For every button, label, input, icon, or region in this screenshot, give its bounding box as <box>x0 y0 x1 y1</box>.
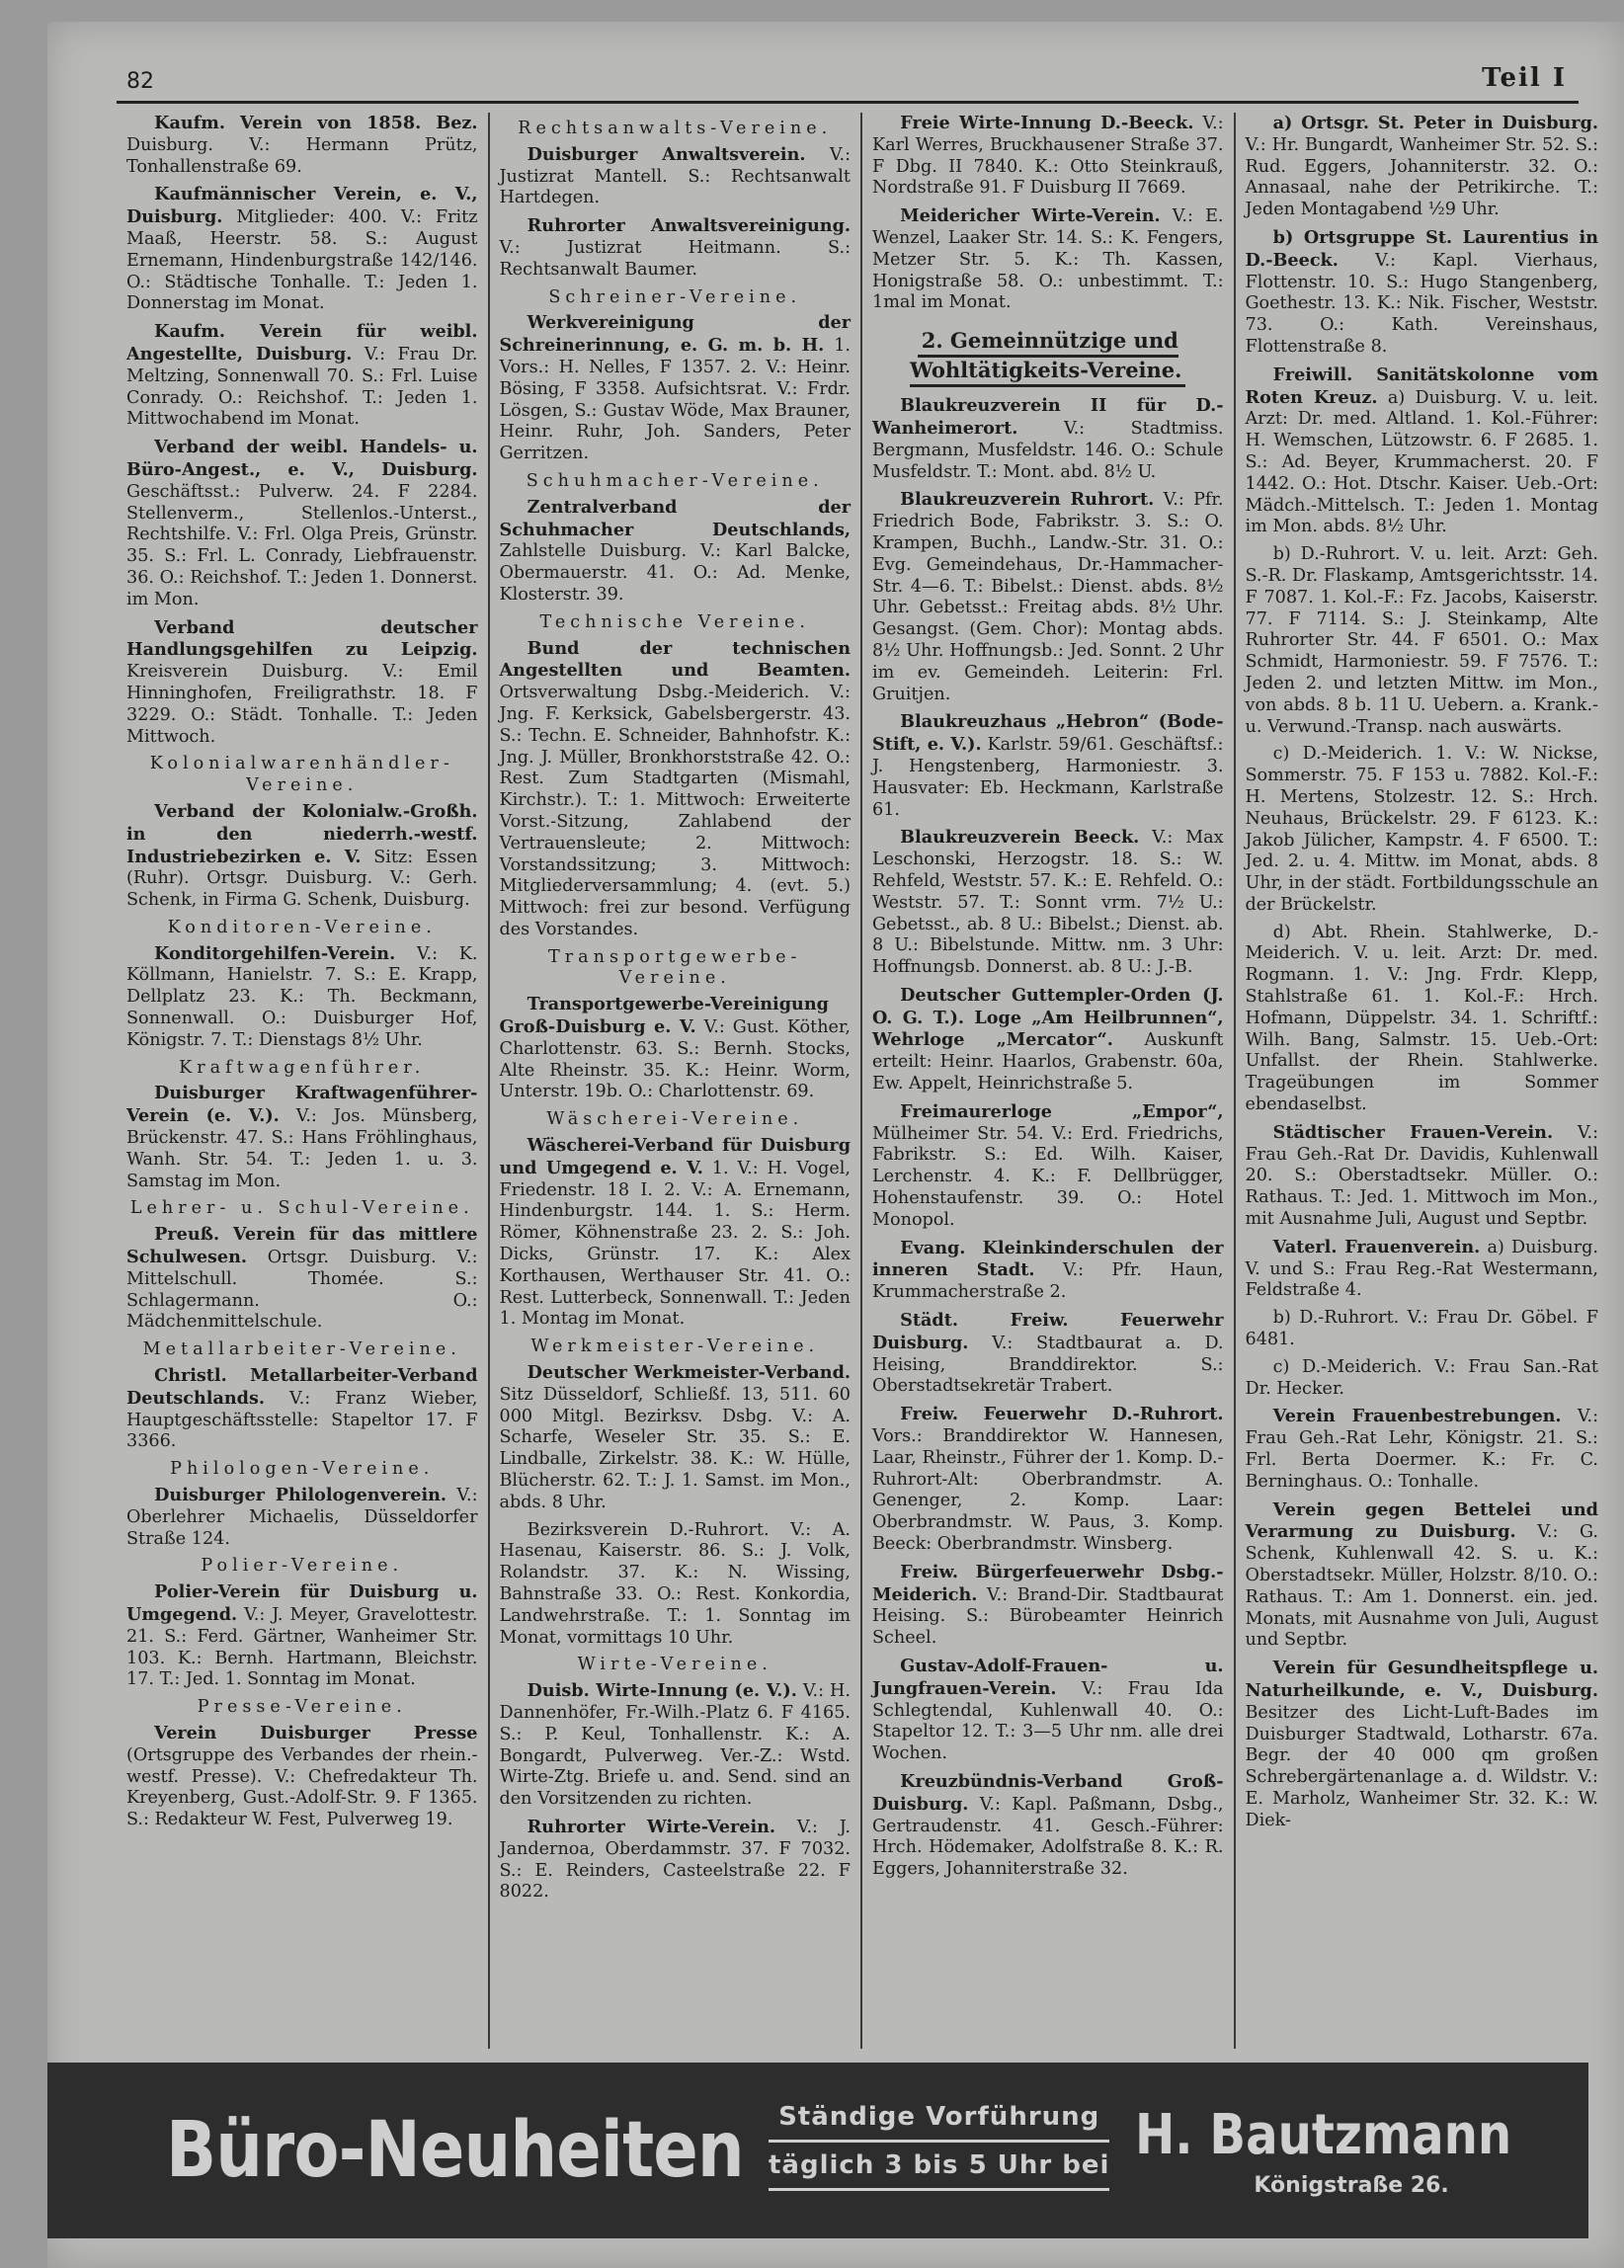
directory-entry: Kaufm. Verein von 1858. Bez. Duisburg. V… <box>126 113 478 178</box>
entry-text: Sitz Düsseldorf, Schließf. 13, 511. 60 0… <box>500 1385 852 1512</box>
directory-entry: b) D.-Ruhrort. V.: Frau Dr. Göbel. F 648… <box>1246 1308 1599 1351</box>
category-heading: Werkmeister-Vereine. <box>500 1336 852 1358</box>
directory-entry: Städtischer Frauen-Verein. V.: Frau Geh.… <box>1246 1122 1599 1231</box>
directory-entry: Gustav-Adolf-Frauen- u. Jungfrauen-Verei… <box>872 1656 1224 1765</box>
directory-entry: a) Ortsgr. St. Peter in Duisburg. V.: Hr… <box>1246 113 1599 221</box>
directory-entry: Bund der technischen Angestellten und Be… <box>500 638 852 941</box>
directory-entry: Duisb. Wirte-Innung (e. V.). V.: H. Dann… <box>500 1680 852 1811</box>
entry-text: Geschäftsst.: Pulverw. 24. F 2284. Stell… <box>126 482 478 609</box>
category-heading: Metallarbeiter-Vereine. <box>126 1339 478 1361</box>
entry-text: V.: Pfr. Friedrich Bode, Fabrikstr. 3. S… <box>872 490 1224 703</box>
entry-text: Kreisverein Duisburg. V.: Emil Hinningho… <box>126 662 478 746</box>
entry-title: Konditorgehilfen-Verein. <box>154 943 395 964</box>
entry-text: Zahlstelle Duisburg. V.: Karl Balcke, Ob… <box>500 541 852 605</box>
directory-entry: Bezirksverein D.-Ruhrort. V.: A. Hasenau… <box>500 1520 852 1650</box>
entry-title: Deutscher Werkmeister-Verband. <box>528 1362 851 1383</box>
entry-text: b) D.-Ruhrort. V. u. leit. Arzt: Geh. S.… <box>1246 544 1599 736</box>
category-heading: Lehrer- u. Schul-Vereine. <box>126 1198 478 1220</box>
entry-text: Bezirksverein D.-Ruhrort. V.: A. Hasenau… <box>500 1520 852 1648</box>
directory-entry: Freie Wirte-Innung D.-Beeck. V.: Karl We… <box>872 113 1224 200</box>
category-heading: Wirte-Vereine. <box>500 1655 852 1676</box>
directory-entry: Freimaurerloge „Empor“, Mülheimer Str. 5… <box>872 1101 1224 1232</box>
section-label: Teil I <box>1482 63 1567 93</box>
directory-entry: Vaterl. Frauenverein. a) Duisburg. V. un… <box>1246 1237 1599 1302</box>
entry-title: Freie Wirte-Innung D.-Beeck. <box>900 113 1193 133</box>
entry-text: b) D.-Ruhrort. V.: Frau Dr. Göbel. F 648… <box>1246 1308 1599 1349</box>
category-heading: Transportgewerbe-Vereine. <box>500 947 852 991</box>
entry-title: Bund der technischen Angestellten und Be… <box>500 638 852 682</box>
page-number: 82 <box>126 69 154 94</box>
entry-title: Duisburger Anwaltsverein. <box>528 144 806 165</box>
directory-entry: Freiw. Bürgerfeuerwehr Dsbg.-Meiderich. … <box>872 1562 1224 1650</box>
directory-entry: Städt. Freiw. Feuerwehr Duisburg. V.: St… <box>872 1310 1224 1398</box>
directory-entry: Polier-Verein für Duisburg u. Umgegend. … <box>126 1581 478 1691</box>
directory-entry: Ruhrorter Wirte-Verein. V.: J. Jandernoa… <box>500 1817 852 1903</box>
entry-title: Freimaurerloge „Empor“, <box>900 1101 1223 1122</box>
entry-title: Meidericher Wirte-Verein. <box>900 205 1160 226</box>
directory-entry: Deutscher Werkmeister-Verband. Sitz Düss… <box>500 1362 852 1514</box>
directory-entry: c) D.-Meiderich. 1. V.: W. Nickse, Somme… <box>1246 744 1599 916</box>
category-heading: Konditoren-Vereine. <box>126 918 478 939</box>
directory-entry: Deutscher Guttempler-Orden (J. O. G. T.)… <box>872 985 1224 1095</box>
document-page: 82 Teil I Kaufm. Verein von 1858. Bez. D… <box>47 22 1624 2268</box>
entry-text: Ortsverwaltung Dsbg.-Meiderich. V.: Jng.… <box>500 683 852 939</box>
entry-title: Duisb. Wirte-Innung (e. V.). <box>528 1680 797 1701</box>
ad-address: Königstraße 26. <box>1254 2173 1573 2198</box>
entry-title: Ruhrorter Anwaltsvereinigung. <box>528 215 851 236</box>
entry-title: Kaufm. Verein von 1858. Bez. <box>154 113 477 133</box>
directory-entry: Blaukreuzverein Beeck. V.: Max Leschonsk… <box>872 827 1224 979</box>
text-columns: Kaufm. Verein von 1858. Bez. Duisburg. V… <box>117 113 1608 2049</box>
major-section-title: 2. Gemeinnützige und Wohltätigkeits-Vere… <box>910 328 1185 387</box>
entry-text: c) D.-Meiderich. V.: Frau San.-Rat Dr. H… <box>1246 1357 1599 1399</box>
entry-text: V.: Hr. Bungardt, Wanheimer Str. 52. S.:… <box>1246 135 1599 219</box>
entry-text: d) Abt. Rhein. Stahlwerke, D.-Meiderich.… <box>1246 923 1599 1114</box>
directory-entry: Zentralverband der Schuhmacher Deutschla… <box>500 497 852 607</box>
ad-title: Büro-Neuheiten <box>166 2106 642 2195</box>
directory-entry: Verein Duisburger Presse (Ortsgruppe des… <box>126 1723 478 1831</box>
directory-entry: Kaufm. Verein für weibl. Angestellte, Du… <box>126 321 478 431</box>
directory-entry: Duisburger Philologenverein. V.: Oberleh… <box>126 1485 478 1550</box>
ad-divider <box>769 2188 1109 2191</box>
directory-entry: Blaukreuzverein Ruhrort. V.: Pfr. Friedr… <box>872 489 1224 705</box>
category-heading: Polier-Vereine. <box>126 1556 478 1578</box>
directory-entry: Verein Frauenbestrebungen. V.: Frau Geh.… <box>1246 1406 1599 1493</box>
directory-entry: Wäscherei-Verband für Duisburg und Umgeg… <box>500 1135 852 1331</box>
directory-entry: Werkvereinigung der Schreinerinnung, e. … <box>500 312 852 465</box>
page-header: 82 Teil I <box>117 49 1579 104</box>
directory-entry: Blaukreuzhaus „Hebron“ (Bode-Stift, e. V… <box>872 711 1224 821</box>
ad-schedule: Ständige Vorführung täglich 3 bis 5 Uhr … <box>769 2102 1109 2199</box>
entry-title: Verband der weibl. Handels- u. Büro-Ange… <box>126 437 478 480</box>
directory-entry: b) D.-Ruhrort. V. u. leit. Arzt: Geh. S.… <box>1246 544 1599 738</box>
directory-entry: Duisburger Anwaltsverein. V.: Justizrat … <box>500 144 852 209</box>
directory-entry: Transportgewerbe-Vereinigung Groß-Duisbu… <box>500 994 852 1103</box>
directory-entry: Verein gegen Bettelei und Verarmung zu D… <box>1246 1499 1599 1653</box>
directory-entry: Kaufmännischer Verein, e. V., Duisburg. … <box>126 184 478 315</box>
directory-entry: Verband der Kolonialw.-Großh. in den nie… <box>126 801 478 912</box>
column-3: Freie Wirte-Innung D.-Beeck. V.: Karl We… <box>862 113 1236 2049</box>
ad-company: H. Bautzmann <box>1135 2103 1511 2167</box>
entry-text: Mülheimer Str. 54. V.: Erd. Friedrichs, … <box>872 1124 1224 1230</box>
directory-entry: Freiwill. Sanitätskolonne vom Roten Kreu… <box>1246 364 1599 538</box>
directory-entry: Meidericher Wirte-Verein. V.: E. Wenzel,… <box>872 205 1224 314</box>
directory-entry: Ruhrorter Anwaltsvereinigung. V.: Justiz… <box>500 215 852 281</box>
category-heading: Philologen-Vereine. <box>126 1459 478 1481</box>
entry-title: Blaukreuzverein Beeck. <box>900 827 1139 848</box>
column-4: a) Ortsgr. St. Peter in Duisburg. V.: Hr… <box>1236 113 1609 2049</box>
directory-entry: Kreuzbündnis-Verband Groß-Duisburg. V.: … <box>872 1771 1224 1881</box>
directory-entry: Duisburger Kraftwagenführer-Verein (e. V… <box>126 1083 478 1192</box>
directory-entry: Verein für Gesundheitspflege u. Naturhei… <box>1246 1658 1599 1831</box>
entry-title: Verein Duisburger Presse <box>154 1723 477 1743</box>
category-heading: Rechtsanwalts-Vereine. <box>500 119 852 140</box>
entry-text: Vors.: Branddirektor W. Hannesen, Laar, … <box>872 1426 1224 1554</box>
entry-text: c) D.-Meiderich. 1. V.: W. Nickse, Somme… <box>1246 744 1599 915</box>
category-heading: Presse-Vereine. <box>126 1697 478 1719</box>
column-2: Rechtsanwalts-Vereine.Duisburger Anwalts… <box>490 113 863 2049</box>
directory-entry: Preuß. Verein für das mittlere Schulwese… <box>126 1224 478 1334</box>
entry-title: Verein Frauenbestrebungen. <box>1273 1406 1562 1426</box>
category-heading: Schuhmacher-Vereine. <box>500 471 852 493</box>
directory-entry: Verband der weibl. Handels- u. Büro-Ange… <box>126 437 478 610</box>
entry-text: 1. V.: H. Vogel, Friedenstr. 18 I. 2. V.… <box>500 1159 852 1330</box>
directory-entry: Christl. Metallarbeiter-Verband Deutschl… <box>126 1365 478 1453</box>
directory-entry: c) D.-Meiderich. V.: Frau San.-Rat Dr. H… <box>1246 1357 1599 1401</box>
entry-title: Verband deutscher Handlungsgehilfen zu L… <box>126 617 478 661</box>
advertisement-banner: Büro-Neuheiten Ständige Vorführung tägli… <box>47 2063 1588 2238</box>
entry-text: a) Duisburg. V. u. leit. Arzt: Dr. med. … <box>1246 388 1599 537</box>
entry-text: (Ortsgruppe des Verbandes der rhein.-wes… <box>126 1745 478 1829</box>
entry-text: Besitzer des Licht-Luft-Bades im Duisbur… <box>1246 1703 1599 1830</box>
category-heading: Kraftwagenführer. <box>126 1058 478 1080</box>
major-section-heading: 2. Gemeinnützige und Wohltätigkeits-Vere… <box>872 326 1224 385</box>
category-heading: Technische Vereine. <box>500 612 852 634</box>
directory-entry: b) Ortsgruppe St. Laurentius in D.-Beeck… <box>1246 227 1599 359</box>
directory-entry: Freiw. Feuerwehr D.-Ruhrort. Vors.: Bran… <box>872 1404 1224 1556</box>
column-1: Kaufm. Verein von 1858. Bez. Duisburg. V… <box>117 113 490 2049</box>
ad-divider <box>769 2140 1109 2143</box>
entry-title: Duisburger Philologenverein. <box>154 1485 447 1505</box>
ad-line-1: Ständige Vorführung <box>778 2102 1099 2132</box>
entry-title: Zentralverband der Schuhmacher Deutschla… <box>500 497 852 540</box>
directory-entry: Blaukreuzverein II für D.-Wanheimerort. … <box>872 395 1224 483</box>
entry-title: Freiw. Feuerwehr D.-Ruhrort. <box>900 1404 1223 1424</box>
category-heading: Kolonialwarenhändler-Vereine. <box>126 754 478 797</box>
directory-entry: Konditorgehilfen-Verein. V.: K. Köllmann… <box>126 943 478 1052</box>
entry-title: Werkvereinigung der Schreinerinnung, e. … <box>500 312 852 356</box>
entry-title: Städtischer Frauen-Verein. <box>1273 1122 1553 1143</box>
entry-title: Vaterl. Frauenverein. <box>1273 1237 1481 1257</box>
ad-company-block: H. Bautzmann Königstraße 26. <box>1135 2103 1573 2198</box>
entry-title: a) Ortsgr. St. Peter in Duisburg. <box>1273 113 1598 133</box>
entry-title: Verein für Gesundheitspflege u. Naturhei… <box>1246 1658 1599 1701</box>
category-heading: Wäscherei-Vereine. <box>500 1109 852 1131</box>
directory-entry: Evang. Kleinkinderschulen der inneren St… <box>872 1238 1224 1304</box>
entry-text: V.: Justizrat Heitmann. S.: Rechtsanwalt… <box>500 238 852 280</box>
entry-text: Duisburg. V.: Hermann Prütz, Tonhallenst… <box>126 135 478 177</box>
category-heading: Schreiner-Vereine. <box>500 287 852 309</box>
directory-entry: d) Abt. Rhein. Stahlwerke, D.-Meiderich.… <box>1246 923 1599 1116</box>
ad-line-2: täglich 3 bis 5 Uhr bei <box>769 2150 1109 2180</box>
entry-title: Ruhrorter Wirte-Verein. <box>528 1817 775 1837</box>
directory-entry: Verband deutscher Handlungsgehilfen zu L… <box>126 617 478 749</box>
entry-text: V.: Max Leschonski, Herzogstr. 18. S.: W… <box>872 828 1224 977</box>
entry-title: Blaukreuzverein Ruhrort. <box>900 489 1154 510</box>
